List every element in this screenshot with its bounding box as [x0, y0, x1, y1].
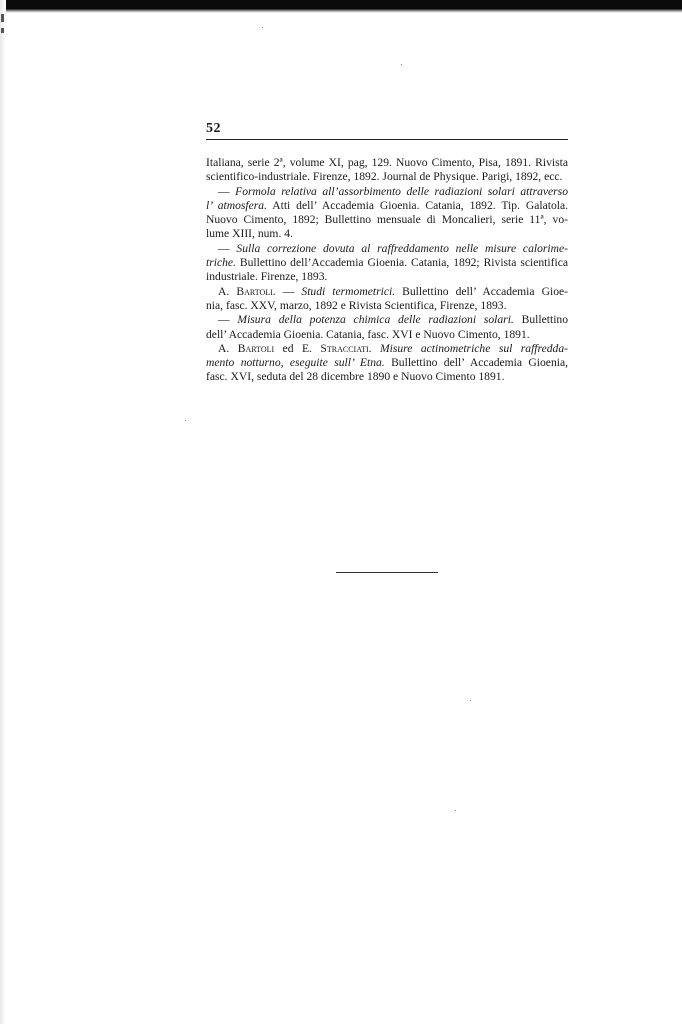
scan-edge-mark — [1, 14, 4, 22]
text-line: fasc. XVI, seduta del 28 dicembre 1890 e… — [206, 370, 568, 384]
text-segment: Misura della potenza chimica delle radia… — [237, 313, 513, 326]
text-segment: — — [218, 185, 235, 198]
scan-speck — [455, 810, 456, 811]
text-segment: Formola relativa all’assorbimento delle … — [235, 185, 568, 198]
scan-top-shadow — [6, 9, 682, 13]
text-segment: Nuovo Cimento, 1892; Bullettino mensuale… — [206, 213, 568, 226]
text-segment: Stracciati — [320, 342, 368, 355]
text-line: — Misura della potenza chimica delle rad… — [206, 313, 568, 327]
text-line: mento notturno, eseguite sull’ Etna. Bul… — [206, 356, 568, 370]
text-line: industriale. Firenze, 1893. — [206, 270, 568, 284]
text-line: l’ atmosfera. Atti dell’ Accademia Gioen… — [206, 199, 568, 213]
text-segment: A. — [218, 285, 236, 298]
scan-top-border — [0, 0, 682, 9]
text-segment: nia, fasc. XXV, marzo, 1892 e Rivista Sc… — [206, 299, 507, 312]
text-segment: . — [369, 342, 380, 355]
text-line: Italiana, serie 2ª, volume XI, pag, 129.… — [206, 156, 568, 170]
page-number: 52 — [206, 121, 221, 137]
text-segment: Italiana, serie 2ª, volume XI, pag, 129.… — [206, 156, 568, 169]
text-segment: Sulla correzione dovuta al raffreddament… — [236, 242, 568, 255]
scan-left-edge — [0, 0, 6, 1024]
text-segment: Bullettino — [514, 313, 568, 326]
bibliography-text: Italiana, serie 2ª, volume XI, pag, 129.… — [206, 156, 568, 385]
text-segment: — — [218, 313, 237, 326]
section-end-rule — [336, 572, 438, 573]
text-segment: Atti dell’ Accademia Gioenia. Catania, 1… — [267, 199, 568, 212]
text-line: Nuovo Cimento, 1892; Bullettino mensuale… — [206, 213, 568, 227]
text-segment: mento notturno, eseguite sull’ Etna. — [206, 356, 385, 369]
text-line: A. Bartoli ed E. Stracciati. Misure acti… — [206, 342, 568, 356]
text-segment: triche. — [206, 256, 236, 269]
text-line: scientifico-industriale. Firenze, 1892. … — [206, 170, 568, 184]
header-rule — [206, 139, 568, 140]
text-segment: fasc. XVI, seduta del 28 dicembre 1890 e… — [206, 370, 504, 383]
text-line: — Formola relativa all’assorbimento dell… — [206, 185, 568, 199]
text-segment: Bartoli — [236, 285, 272, 298]
scan-speck — [470, 700, 471, 701]
text-segment: Bullettino dell’ Accademia Gioe- — [395, 285, 568, 298]
text-segment: — — [218, 242, 236, 255]
text-segment: Bartoli — [238, 342, 274, 355]
text-segment: Bullettino dell’Accademia Gioenia. Catan… — [236, 256, 568, 269]
text-line: dell’ Accademia Gioenia. Catania, fasc. … — [206, 328, 568, 342]
text-segment: . — — [273, 285, 302, 298]
text-line: nia, fasc. XXV, marzo, 1892 e Rivista Sc… — [206, 299, 568, 313]
text-line: A. Bartoli. — Studi termometrici. Bullet… — [206, 285, 568, 299]
text-segment: industriale. Firenze, 1893. — [206, 270, 327, 283]
text-segment: Studi termometrici. — [301, 285, 395, 298]
text-segment: ed E. — [274, 342, 320, 355]
scan-speck — [401, 64, 402, 65]
text-segment: l’ atmosfera. — [206, 199, 267, 212]
text-segment: lume XIII, num. 4. — [206, 227, 293, 240]
text-segment: scientifico-industriale. Firenze, 1892. … — [206, 170, 562, 183]
scan-speck — [185, 420, 186, 421]
text-segment: dell’ Accademia Gioenia. Catania, fasc. … — [206, 328, 530, 341]
scan-edge-mark — [1, 28, 4, 33]
text-line: lume XIII, num. 4. — [206, 227, 568, 241]
text-line: triche. Bullettino dell’Accademia Gioeni… — [206, 256, 568, 270]
scan-speck — [262, 27, 263, 28]
text-segment: Bullettino dell’ Accademia Gioenia, — [385, 356, 568, 369]
text-segment: A. — [218, 342, 238, 355]
text-segment: Misure actinometriche sul raffredda- — [380, 342, 568, 355]
text-line: — Sulla correzione dovuta al raffreddame… — [206, 242, 568, 256]
